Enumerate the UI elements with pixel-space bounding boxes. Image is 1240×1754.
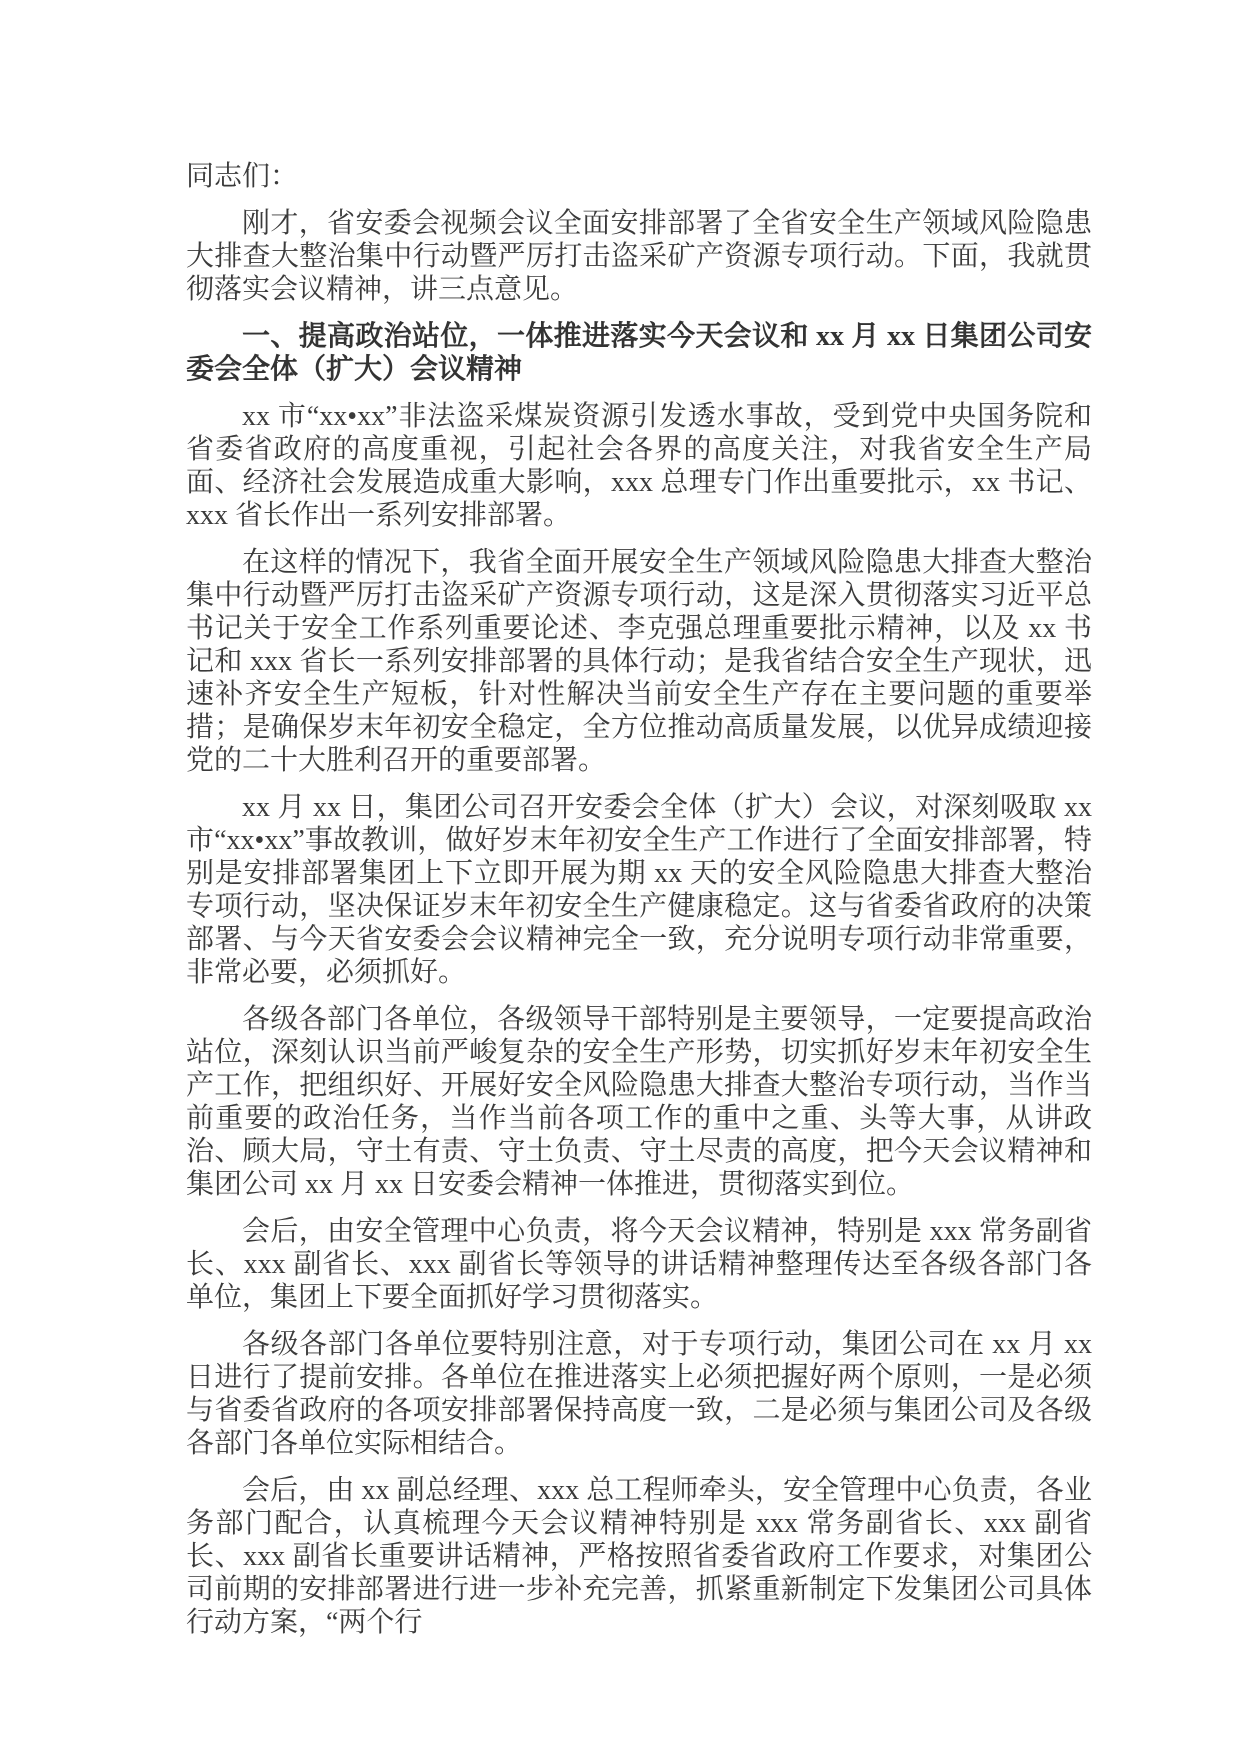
paragraph-action-plan: 会后，由 xx 副总经理、xxx 总工程师牵头，安全管理中心负责，各业务部门配合…	[186, 1474, 1092, 1639]
paragraph-group-meeting: xx 月 xx 日，集团公司召开安委会全体（扩大）会议，对深刻吸取 xx 市“x…	[186, 791, 1092, 989]
paragraph-province-action: 在这样的情况下，我省全面开展安全生产领域风险隐患大排查大整治集中行动暨严厉打击盗…	[186, 546, 1092, 777]
document-page: 同志们： 刚才，省安委会视频会议全面安排部署了全省安全生产领域风险隐患大排查大整…	[0, 0, 1240, 1754]
paragraph-intro: 刚才，省安委会视频会议全面安排部署了全省安全生产领域风险隐患大排查大整治集中行动…	[186, 207, 1092, 306]
paragraph-two-principles: 各级各部门各单位要特别注意，对于专项行动，集团公司在 xx 月 xx 日进行了提…	[186, 1328, 1092, 1460]
paragraph-incident: xx 市“xx•xx”非法盗采煤炭资源引发透水事故，受到党中央国务院和省委省政府…	[186, 400, 1092, 532]
paragraph-safety-center: 会后，由安全管理中心负责，将今天会议精神，特别是 xxx 常务副省长、xxx 副…	[186, 1215, 1092, 1314]
paragraph-political-stance: 各级各部门各单位，各级领导干部特别是主要领导，一定要提高政治站位，深刻认识当前严…	[186, 1003, 1092, 1201]
salutation: 同志们：	[186, 160, 1092, 193]
section-heading-1: 一、提高政治站位，一体推进落实今天会议和 xx 月 xx 日集团公司安委会全体（…	[186, 320, 1092, 386]
